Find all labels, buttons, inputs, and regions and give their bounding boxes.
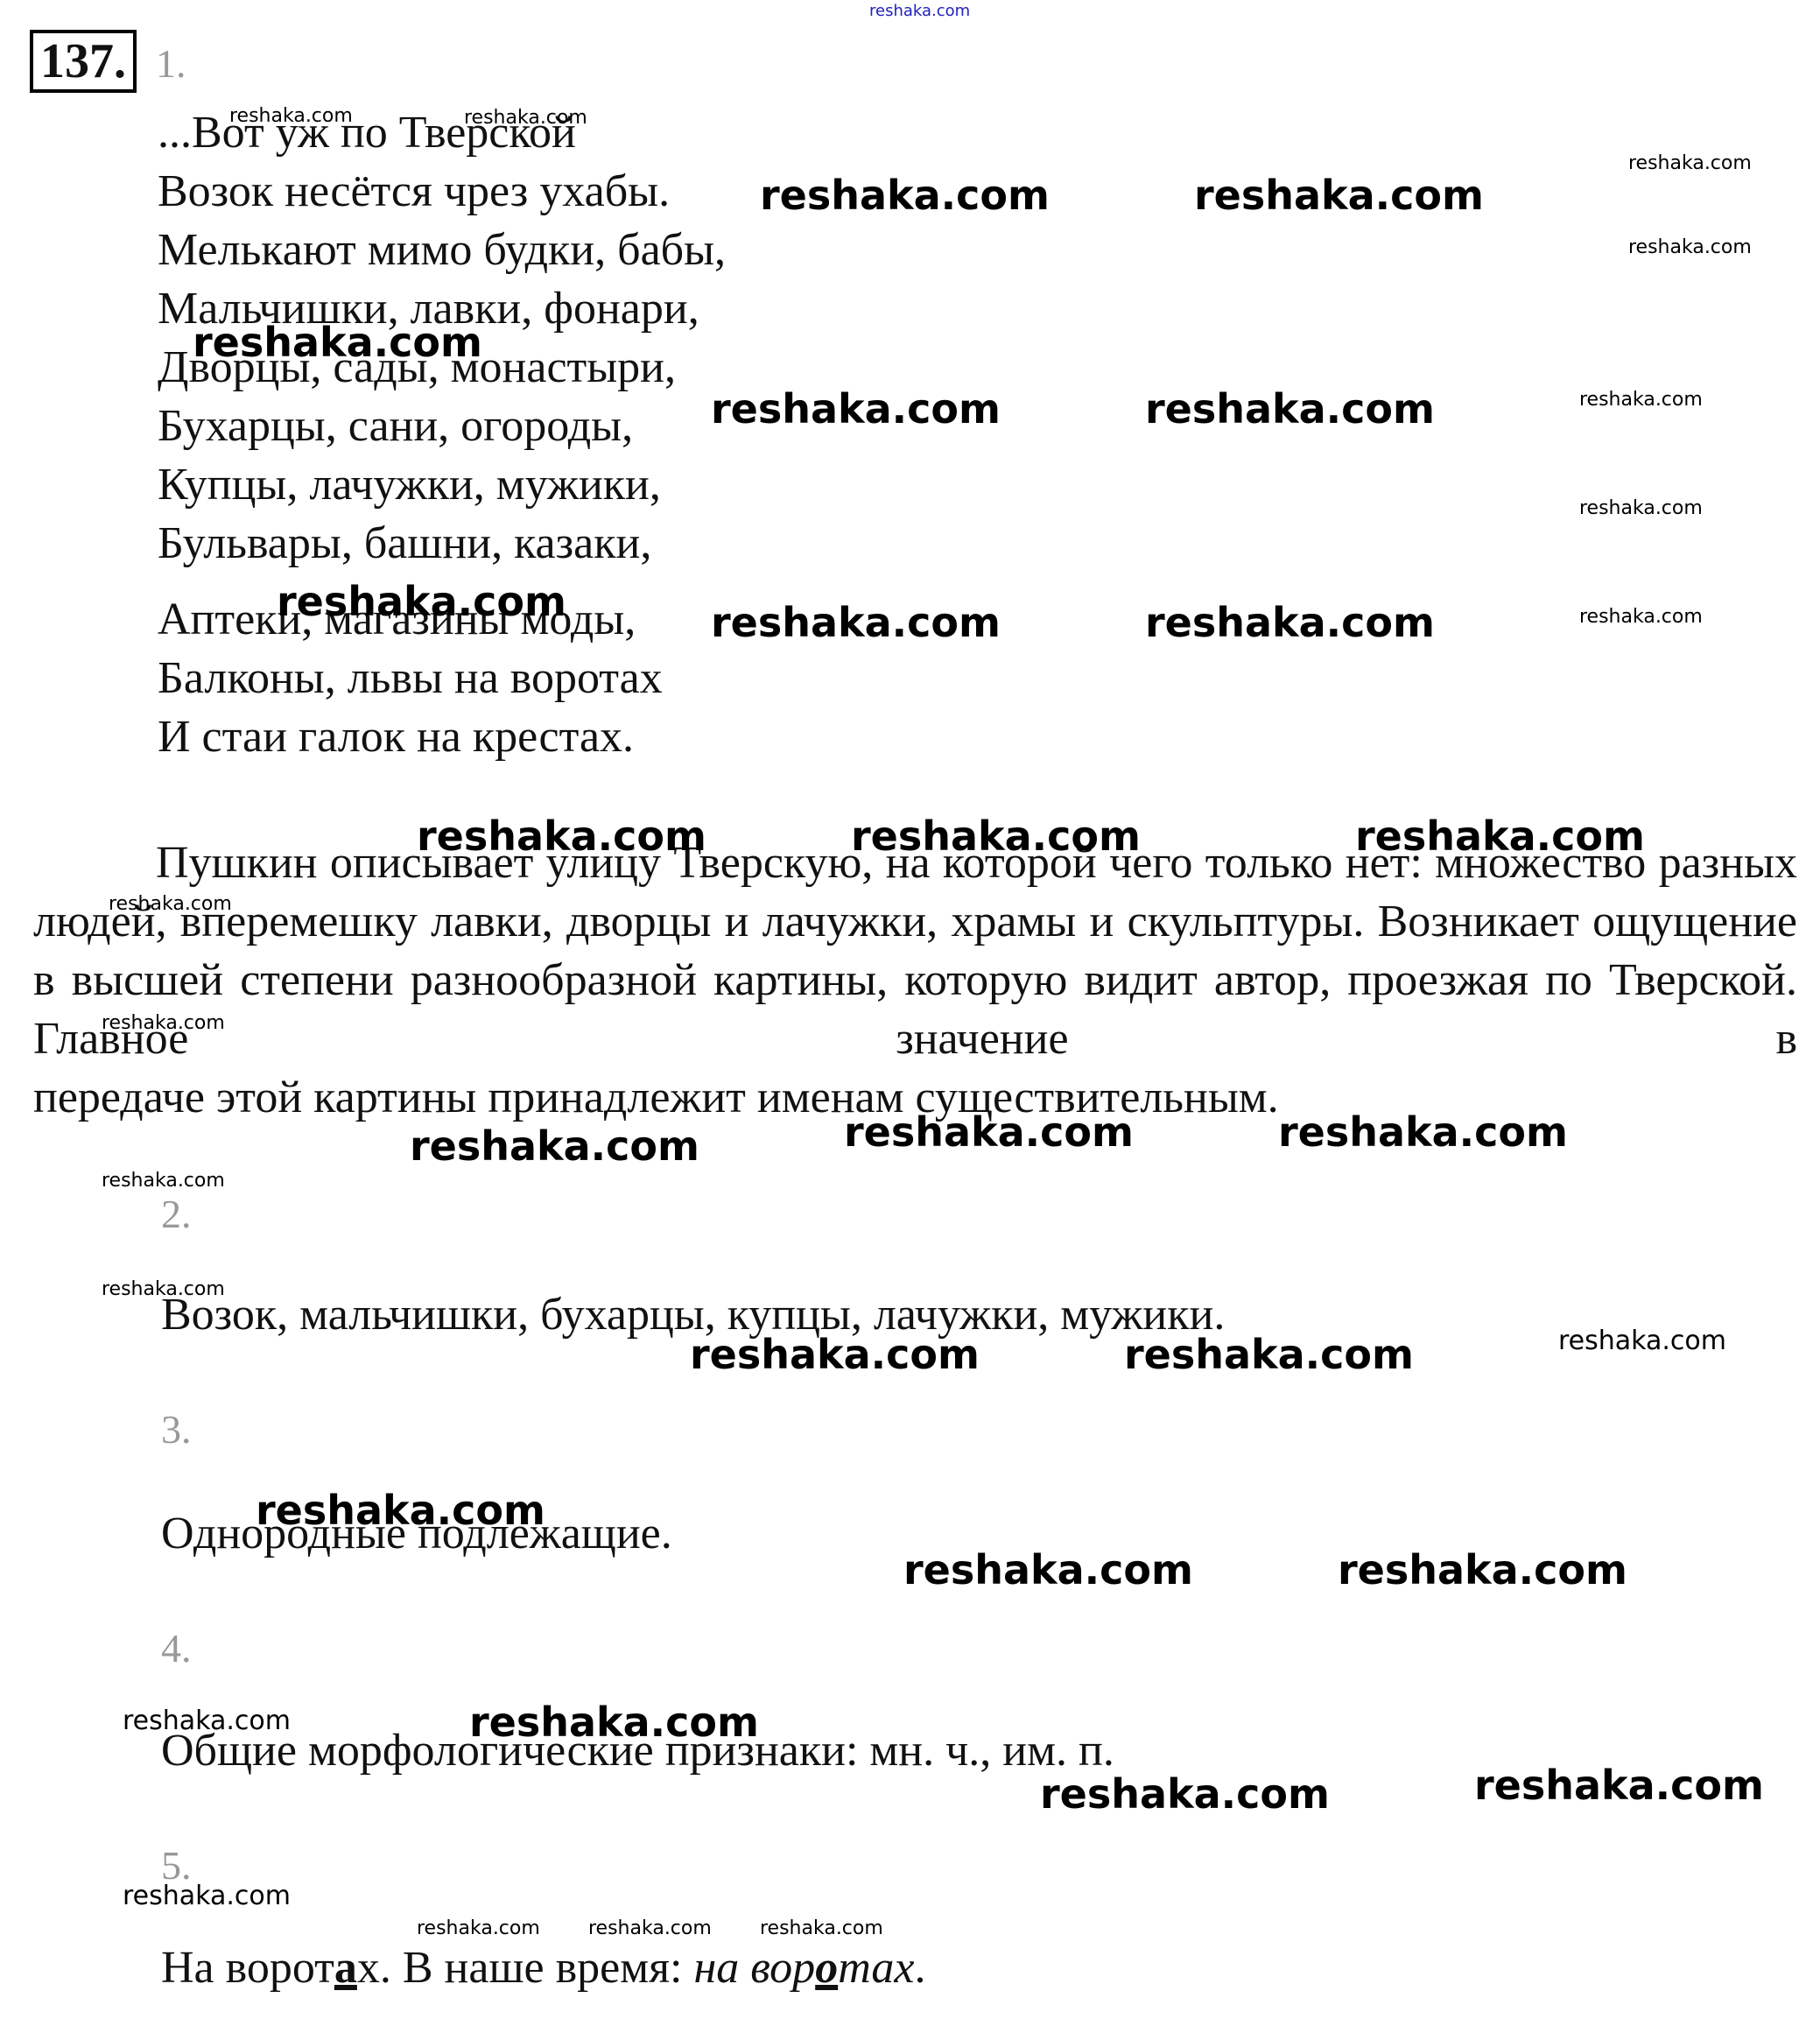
watermark: reshaka.com (123, 1706, 291, 1736)
watermark: reshaka.com (1355, 813, 1645, 860)
watermark: reshaka.com (256, 1487, 545, 1534)
poem-line: Балконы, львы на воротах (158, 649, 726, 707)
watermark: reshaka.com (1338, 1546, 1627, 1593)
watermark: reshaka.com (1579, 497, 1703, 519)
answer-5-text: х. В наше время: (357, 1943, 694, 1993)
watermark: reshaka.com (869, 2, 970, 20)
watermark: reshaka.com (464, 107, 587, 129)
watermark: reshaka.com (229, 105, 353, 127)
poem-line: Купцы, лачужки, мужики, (158, 455, 726, 514)
watermark: reshaka.com (1628, 236, 1752, 258)
watermark: reshaka.com (690, 1331, 980, 1378)
stress-mark: о (815, 1943, 838, 1993)
watermark: reshaka.com (417, 1917, 540, 1939)
watermark: reshaka.com (123, 1881, 291, 1911)
section-1-label: 1. (156, 40, 186, 87)
watermark: reshaka.com (760, 1917, 883, 1939)
watermark: reshaka.com (1145, 599, 1435, 646)
section-4-label: 4. (161, 1625, 192, 1671)
watermark: reshaka.com (417, 813, 706, 860)
watermark: reshaka.com (109, 893, 232, 915)
section-3-label: 3. (161, 1406, 192, 1453)
watermark: reshaka.com (1278, 1108, 1568, 1156)
answer-5-text: . (914, 1943, 925, 1993)
watermark: reshaka.com (903, 1546, 1193, 1593)
watermark: reshaka.com (102, 1170, 225, 1192)
poem-line: И стаи галок на крестах. (158, 707, 726, 766)
watermark: reshaka.com (1040, 1770, 1330, 1818)
watermark: reshaka.com (1579, 389, 1703, 411)
watermark: reshaka.com (102, 1012, 225, 1034)
watermark: reshaka.com (1474, 1762, 1764, 1809)
answer-5: На воротах. В наше время: на воротах. (161, 1942, 925, 1994)
analysis-paragraph: Пушкин описывает улицу Тверскую, на кото… (33, 834, 1797, 1127)
watermark: reshaka.com (760, 172, 1050, 219)
watermark: reshaka.com (277, 578, 566, 625)
answer-5-italic: на вор (694, 1943, 816, 1993)
watermark: reshaka.com (1145, 385, 1435, 433)
section-2-label: 2. (161, 1191, 192, 1237)
watermark: reshaka.com (1194, 172, 1484, 219)
watermark: reshaka.com (1124, 1331, 1414, 1378)
watermark: reshaka.com (469, 1699, 759, 1746)
watermark: reshaka.com (410, 1122, 699, 1170)
watermark: reshaka.com (102, 1278, 225, 1300)
poem-line: Возок несётся чрез ухабы. (158, 162, 726, 221)
stress-mark: а (334, 1943, 357, 1993)
answer-5-text: На ворот (161, 1943, 334, 1993)
watermark: reshaka.com (851, 813, 1141, 860)
watermark: reshaka.com (1628, 152, 1752, 174)
watermark: reshaka.com (1558, 1326, 1726, 1356)
paragraph-main: Пушкин описывает улицу Тверскую, на кото… (33, 838, 1797, 1064)
watermark: reshaka.com (844, 1108, 1134, 1156)
poem-line: Мелькают мимо будки, бабы, (158, 221, 726, 279)
answer-5-italic: тах (838, 1943, 914, 1993)
watermark: reshaka.com (711, 599, 1001, 646)
watermark: reshaka.com (1579, 606, 1703, 628)
watermark: reshaka.com (711, 385, 1001, 433)
watermark: reshaka.com (193, 319, 482, 366)
poem: ...Вот уж по Тверской Возок несётся чрез… (158, 103, 726, 766)
poem-line: Бухарцы, сани, огороды, (158, 397, 726, 455)
task-number: 137. (30, 30, 137, 93)
poem-line: Бульвары, башни, казаки, (158, 514, 726, 573)
watermark: reshaka.com (588, 1917, 712, 1939)
